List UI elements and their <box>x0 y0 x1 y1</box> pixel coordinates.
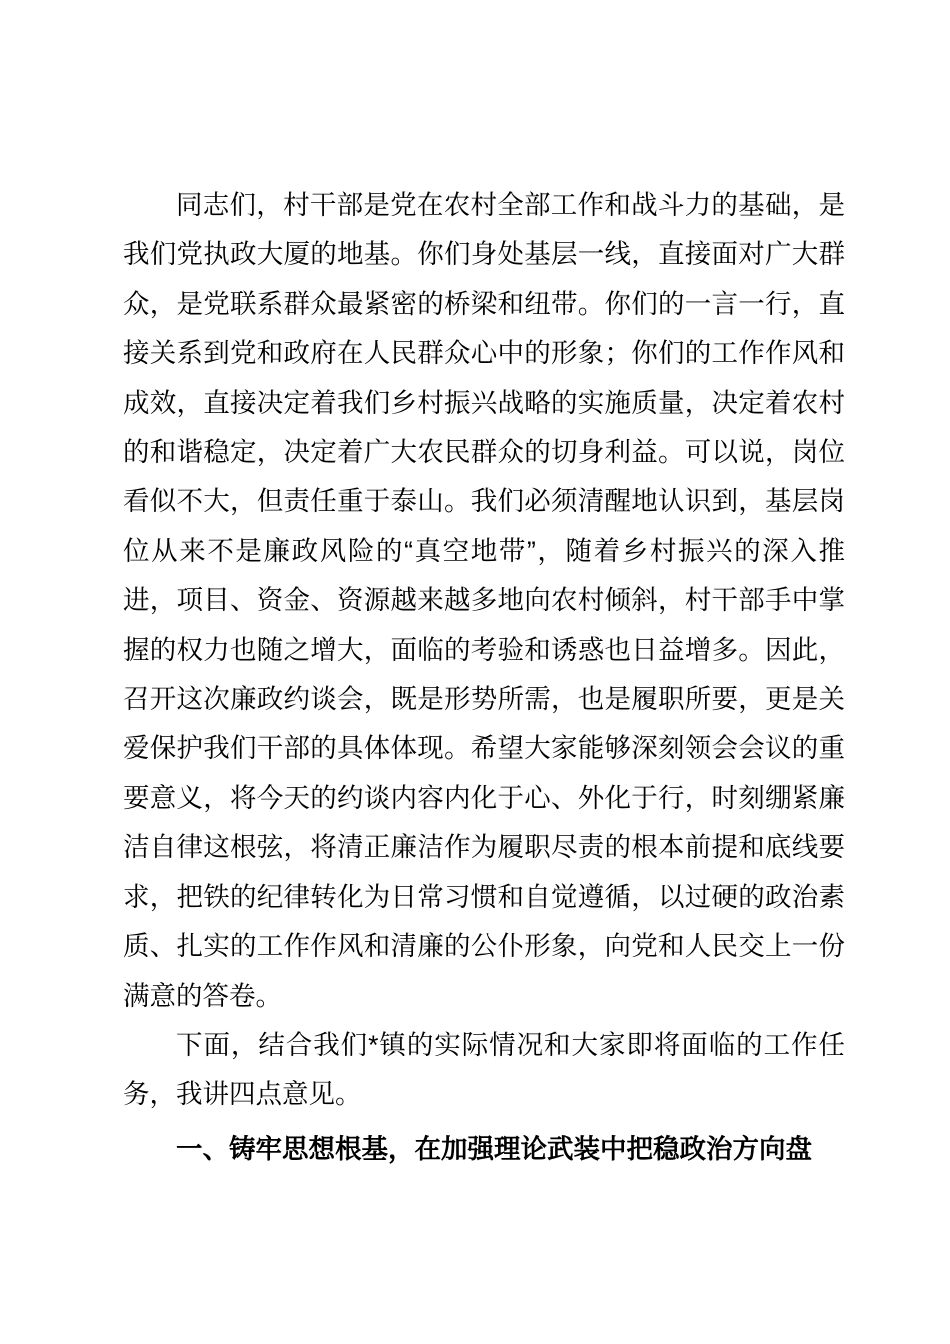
text-line: 成效，直接决定着我们乡村振兴战略的实施质量，决定着农村 <box>123 379 845 428</box>
paragraph-1: 同志们，村干部是党在农村全部工作和战斗力的基础，是 我们党执政大厦的地基。你们身… <box>123 181 845 1021</box>
text-line: 我们党执政大厦的地基。你们身处基层一线，直接面对广大群 <box>123 230 845 279</box>
text-line: 进，项目、资金、资源越来越多地向农村倾斜，村干部手中掌 <box>123 576 845 625</box>
text-line: 众，是党联系群众最紧密的桥梁和纽带。你们的一言一行，直 <box>123 280 845 329</box>
text-line: 同志们，村干部是党在农村全部工作和战斗力的基础，是 <box>123 181 845 230</box>
text-line: 求，把铁的纪律转化为日常习惯和自觉遵循，以过硬的政治素 <box>123 873 845 922</box>
text-line: 爱保护我们干部的具体体现。希望大家能够深刻领会会议的重 <box>123 724 845 773</box>
text-line: 位从来不是廉政风险的“真空地带”，随着乡村振兴的深入推 <box>123 527 845 576</box>
text-line: 洁自律这根弦，将清正廉洁作为履职尽责的根本前提和底线要 <box>123 823 845 872</box>
text-line: 召开这次廉政约谈会，既是形势所需，也是履职所要，更是关 <box>123 675 845 724</box>
section-1: 一、铸牢思想根基，在加强理论武装中把稳政治方向盘 <box>123 1125 845 1174</box>
text-line: 握的权力也随之增大，面临的考验和诱惑也日益增多。因此， <box>123 626 845 675</box>
paragraph-2: 下面，结合我们*镇的实际情况和大家即将面临的工作任 务，我讲四点意见。 <box>123 1021 845 1120</box>
text-line: 务，我讲四点意见。 <box>123 1070 845 1119</box>
text-line: 要意义，将今天的约谈内容内化于心、外化于行，时刻绷紧廉 <box>123 774 845 823</box>
text-line: 的和谐稳定，决定着广大农民群众的切身利益。可以说，岗位 <box>123 428 845 477</box>
text-line: 接关系到党和政府在人民群众心中的形象；你们的工作作风和 <box>123 329 845 378</box>
text-line: 满意的答卷。 <box>123 972 845 1021</box>
section-heading-1: 一、铸牢思想根基，在加强理论武装中把稳政治方向盘 <box>123 1125 845 1174</box>
text-line: 质、扎实的工作作风和清廉的公仆形象，向党和人民交上一份 <box>123 922 845 971</box>
text-line: 看似不大，但责任重于泰山。我们必须清醒地认识到，基层岗 <box>123 477 845 526</box>
document-page: 同志们，村干部是党在农村全部工作和战斗力的基础，是 我们党执政大厦的地基。你们身… <box>0 0 950 1344</box>
text-line: 下面，结合我们*镇的实际情况和大家即将面临的工作任 <box>123 1021 845 1070</box>
document-body: 同志们，村干部是党在农村全部工作和战斗力的基础，是 我们党执政大厦的地基。你们身… <box>123 181 845 1174</box>
